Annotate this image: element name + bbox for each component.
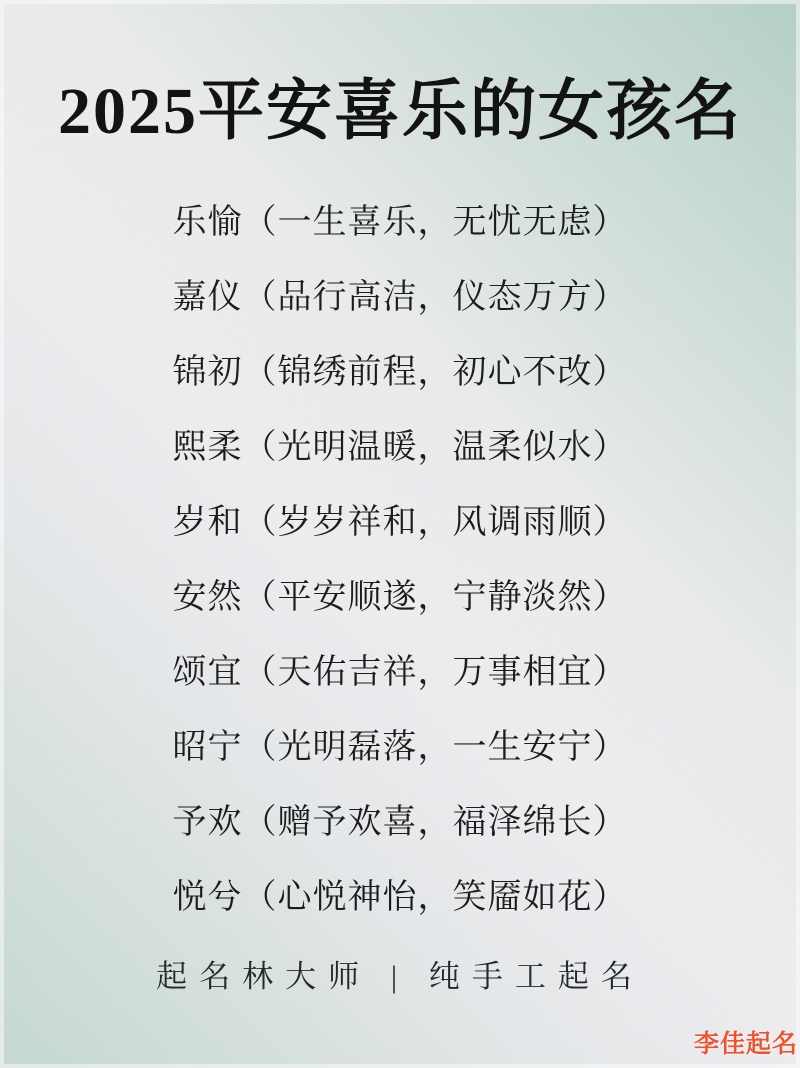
- name-meaning: （赠予欢喜，福泽绵长）: [243, 794, 628, 843]
- girl-name: 乐愉: [173, 194, 243, 243]
- girl-name: 予欢: [173, 794, 243, 843]
- name-meaning: （品行高洁，仪态万方）: [243, 269, 628, 318]
- list-item: 锦初（锦绣前程，初心不改）: [0, 331, 800, 406]
- name-meaning: （天佑吉祥，万事相宜）: [243, 644, 628, 693]
- footer-credit: 起名林大师 | 纯手工起名: [0, 951, 800, 996]
- girl-name: 安然: [173, 569, 243, 618]
- poster-page: 2025平安喜乐的女孩名 乐愉（一生喜乐，无忧无虑） 嘉仪（品行高洁，仪态万方）…: [0, 0, 800, 1068]
- list-item: 昭宁（光明磊落，一生安宁）: [0, 706, 800, 781]
- list-item: 安然（平安顺遂，宁静淡然）: [0, 556, 800, 631]
- poster-content: 2025平安喜乐的女孩名 乐愉（一生喜乐，无忧无虑） 嘉仪（品行高洁，仪态万方）…: [0, 0, 800, 1068]
- girl-name: 嘉仪: [173, 269, 243, 318]
- list-item: 岁和（岁岁祥和，风调雨顺）: [0, 481, 800, 556]
- list-item: 熙柔（光明温暖，温柔似水）: [0, 406, 800, 481]
- name-meaning: （平安顺遂，宁静淡然）: [243, 569, 628, 618]
- list-item: 乐愉（一生喜乐，无忧无虑）: [0, 181, 800, 256]
- girl-name: 岁和: [173, 494, 243, 543]
- girl-name: 锦初: [173, 344, 243, 393]
- name-meaning: （光明温暖，温柔似水）: [243, 419, 628, 468]
- list-item: 予欢（赠予欢喜，福泽绵长）: [0, 781, 800, 856]
- list-item: 颂宜（天佑吉祥，万事相宜）: [0, 631, 800, 706]
- list-item: 嘉仪（品行高洁，仪态万方）: [0, 256, 800, 331]
- name-meaning: （光明磊落，一生安宁）: [243, 719, 628, 768]
- name-meaning: （岁岁祥和，风调雨顺）: [243, 494, 628, 543]
- name-meaning: （一生喜乐，无忧无虑）: [243, 194, 628, 243]
- name-list: 乐愉（一生喜乐，无忧无虑） 嘉仪（品行高洁，仪态万方） 锦初（锦绣前程，初心不改…: [0, 181, 800, 931]
- girl-name: 昭宁: [173, 719, 243, 768]
- girl-name: 颂宜: [173, 644, 243, 693]
- name-meaning: （心悦神怡，笑靥如花）: [243, 869, 628, 918]
- girl-name: 熙柔: [173, 419, 243, 468]
- girl-name: 悦兮: [173, 869, 243, 918]
- name-meaning: （锦绣前程，初心不改）: [243, 344, 628, 393]
- watermark-brand: 李佳起名: [694, 1024, 798, 1060]
- page-title: 2025平安喜乐的女孩名: [0, 0, 800, 151]
- list-item: 悦兮（心悦神怡，笑靥如花）: [0, 856, 800, 931]
